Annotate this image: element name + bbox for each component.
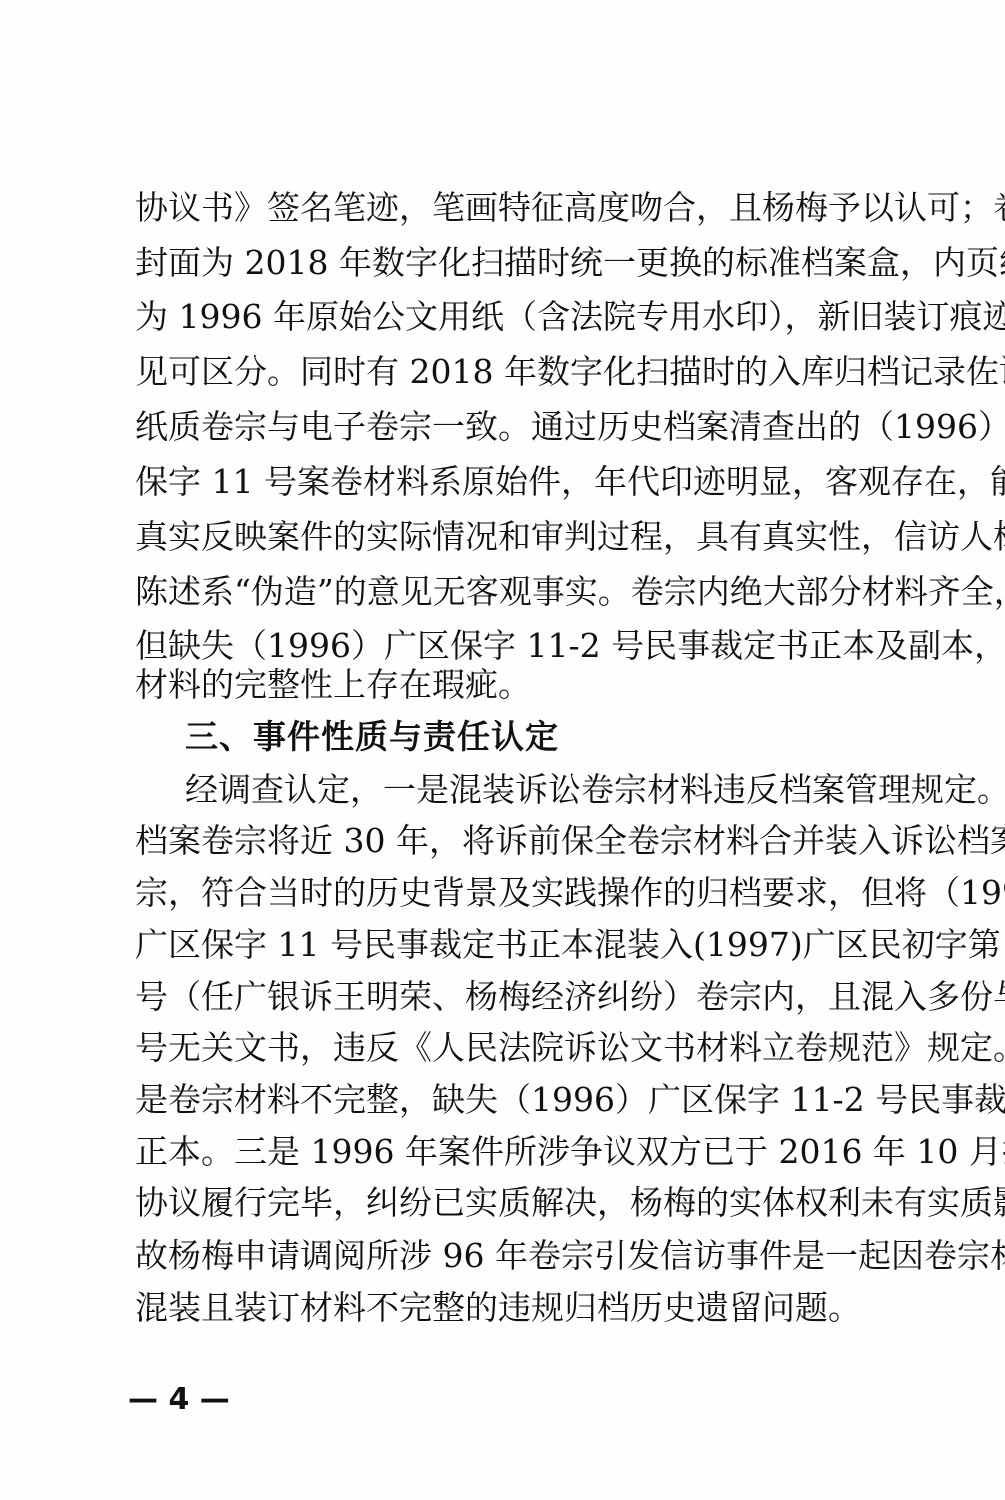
text-line: 号无关文书，违反《人民法院诉讼文书材料立卷规范》规定。二 [135,1028,870,1068]
text-line: 故杨梅申请调阅所涉 96 年卷宗引发信访事件是一起因卷宗材料 [135,1236,870,1276]
text-line: 档案卷宗将近 30 年，将诉前保全卷宗材料合并装入诉讼档案卷 [135,821,870,861]
text-line: 协议履行完毕，纠纷已实质解决，杨梅的实体权利未有实质影响。 [135,1183,870,1223]
text-line: 是卷宗材料不完整，缺失（1996）广区保字 11-2 号民事裁定书 [135,1080,870,1120]
text-line: 真实反映案件的实际情况和审判过程，具有真实性，信访人杨梅 [135,517,870,557]
text-line: 纸质卷宗与电子卷宗一致。通过历史档案清查出的（1996）广区 [135,407,870,447]
text-line: 陈述系“伪造”的意见无客观事实。卷宗内绝大部分材料齐全， [135,572,870,612]
text-line: 协议书》签名笔迹，笔画特征高度吻合，且杨梅予以认可；卷宗 [135,188,870,228]
text-line: 材料的完整性上存在瑕疵。 [135,665,870,705]
text-line: 广区保字 11 号民事裁定书正本混装入(1997)广区民初字第 1408 [135,925,870,965]
text-line: 经调查认定，一是混装诉讼卷宗材料违反档案管理规定。该 [185,770,870,810]
section-heading: 三、事件性质与责任认定 [185,717,559,757]
text-line: 封面为 2018 年数字化扫描时统一更换的标准档案盒，内页纸张 [135,243,870,283]
text-line: 正本。三是 1996 年案件所涉争议双方已于 2016 年 10 月按和解 [135,1132,870,1172]
text-line: 混装且装订材料不完整的违规归档历史遗留问题。 [135,1288,870,1328]
text-line: 见可区分。同时有 2018 年数字化扫描时的入库归档记录佐证， [135,352,870,392]
text-line: 为 1996 年原始公文用纸（含法院专用水印），新旧装订痕迹可 [135,297,870,337]
text-line: 但缺失（1996）广区保字 11-2 号民事裁定书正本及副本，卷宗 [135,626,870,666]
document-page: 协议书》签名笔迹，笔画特征高度吻合，且杨梅予以认可；卷宗 封面为 2018 年数… [0,0,1005,1500]
text-line: 宗，符合当时的历史背景及实践操作的归档要求，但将（1996） [135,873,870,913]
text-line: 保字 11 号案卷材料系原始件，年代印迹明显，客观存在，能够 [135,462,870,502]
text-line: 号（任广银诉王明荣、杨梅经济纠纷）卷宗内，且混入多份与案 [135,977,870,1017]
page-number: — 4 — [128,1380,230,1420]
